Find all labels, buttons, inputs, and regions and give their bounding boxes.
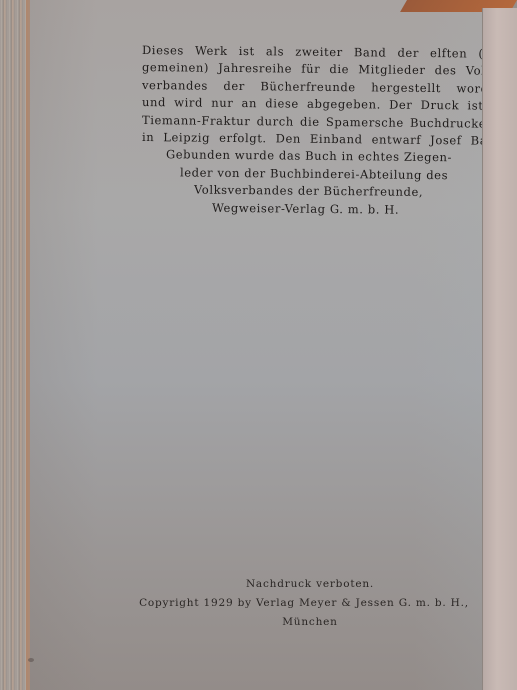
- page-smudge: [28, 658, 34, 662]
- endpaper: [482, 8, 517, 690]
- copyright-imprint: Nachdruck verboten. Copyright 1929 by Ve…: [150, 575, 470, 632]
- book-photo: Dieses Werk ist als zweiter Band der elf…: [0, 0, 517, 690]
- colophon-text: Dieses Werk ist als zweiter Band der elf…: [142, 42, 504, 216]
- publisher-city: München: [150, 613, 470, 632]
- colophon-line: Wegweiser-Verlag G. m. b. H.: [142, 199, 504, 220]
- book-page: Dieses Werk ist als zweiter Band der elf…: [30, 0, 482, 690]
- copyright-line: Copyright 1929 by Verlag Meyer & Jessen …: [138, 594, 470, 613]
- reprint-notice: Nachdruck verboten.: [150, 575, 470, 594]
- page-edges: [0, 0, 30, 690]
